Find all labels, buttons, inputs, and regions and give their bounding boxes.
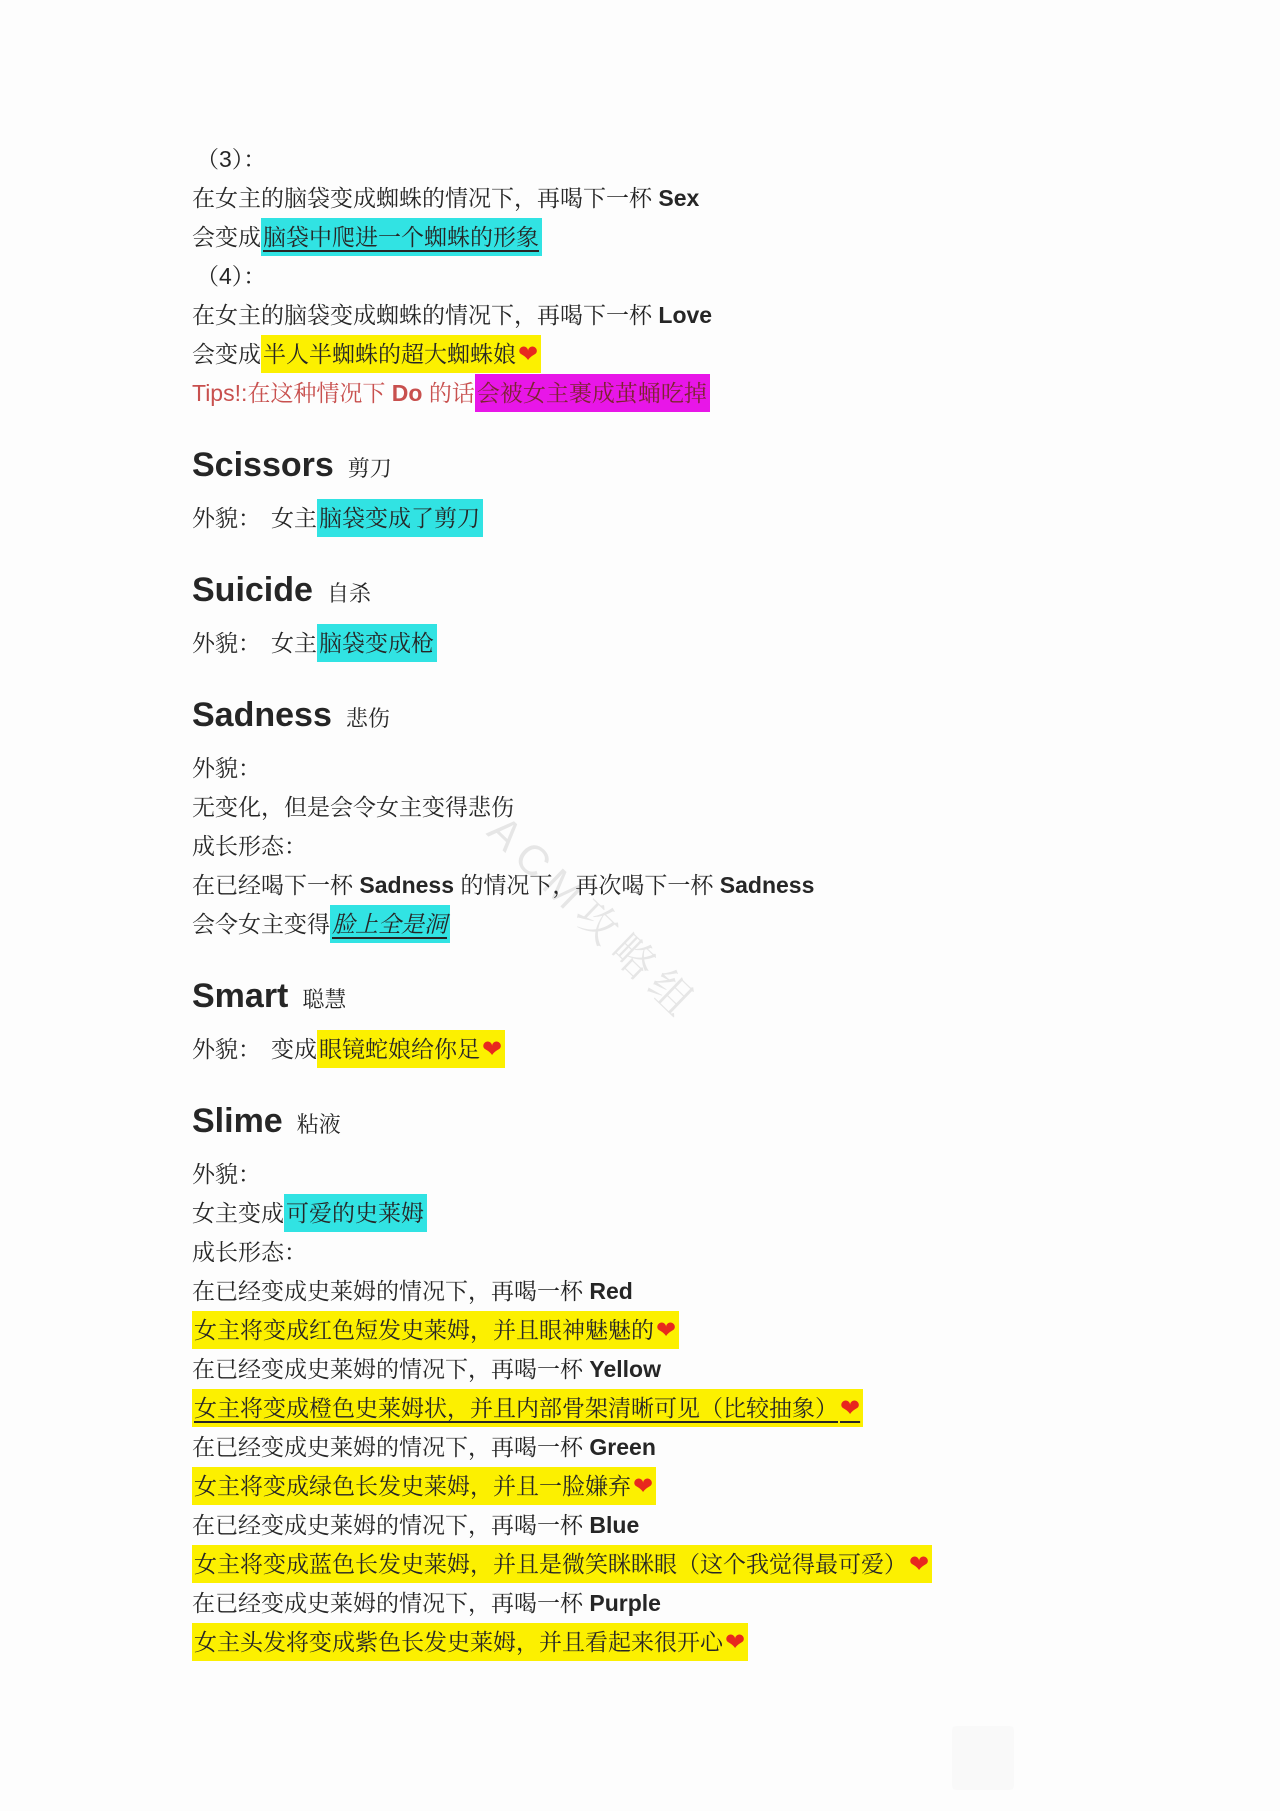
section-title-en: Suicide	[192, 571, 313, 609]
condition-text: 在已经变成史莱姆的情况下，再喝一杯	[192, 1512, 589, 1538]
tips-bold-word: Do	[392, 380, 423, 406]
heart-icon: ❤	[654, 1317, 676, 1344]
section-title-zh: 剪刀	[348, 456, 392, 481]
appearance-prefix: 女主变成	[192, 1200, 284, 1226]
document-content: （3）： 在女主的脑袋变成蜘蛛的情况下，再喝下一杯 Sex 会变成脑袋中爬进一个…	[192, 140, 1152, 1662]
result-text: 女主将变成绿色长发史莱姆，并且一脸嫌弃	[194, 1473, 631, 1499]
slime-growth-label: 成长形态：	[192, 1233, 1152, 1272]
result-prefix: 会变成	[192, 224, 261, 250]
tips-line: Tips!:在这种情况下 Do 的话会被女主裹成茧蛹吃掉	[192, 374, 1152, 413]
appearance-label: 外貌：	[192, 630, 261, 656]
highlight-yellow: 女主将变成橙色史莱姆状，并且内部骨架清晰可见（比较抽象）❤	[192, 1389, 863, 1427]
section-title-zh: 聪慧	[302, 987, 346, 1012]
section-title-zh: 自杀	[327, 581, 371, 606]
spider-item3-result: 会变成脑袋中爬进一个蜘蛛的形象	[192, 218, 1152, 257]
spider-item4-result: 会变成半人半蜘蛛的超大蜘蛛娘❤	[192, 335, 1152, 374]
appearance-text: 眼镜蛇娘给你足	[319, 1036, 480, 1062]
condition-text: 在女主的脑袋变成蜘蛛的情况下，再喝下一杯	[192, 185, 658, 211]
growth-label: 成长形态：	[192, 1239, 307, 1265]
condition-text: 在已经变成史莱姆的情况下，再喝一杯	[192, 1434, 589, 1460]
highlight-cyan: 脑袋变成枪	[317, 624, 437, 662]
section-title-en: Slime	[192, 1102, 283, 1140]
highlight-magenta: 会被女主裹成茧蛹吃掉	[475, 374, 710, 412]
drink-name: Love	[658, 302, 712, 328]
heart-icon: ❤	[631, 1473, 653, 1500]
item-number: （3）：	[196, 146, 266, 172]
drink-name: Sadness	[359, 872, 454, 898]
slime-variant-purple-condition: 在已经变成史莱姆的情况下，再喝一杯 Purple	[192, 1584, 1152, 1623]
appearance-label: 外貌：	[192, 1161, 261, 1187]
drink-name: Yellow	[589, 1356, 661, 1382]
highlight-yellow: 女主将变成红色短发史莱姆，并且眼神魅魅的❤	[192, 1311, 679, 1349]
sadness-appearance-line: 无变化，但是会令女主变得悲伤	[192, 788, 1152, 827]
drink-name: Green	[589, 1434, 655, 1460]
document-page: ACM攻略组 （3）： 在女主的脑袋变成蜘蛛的情况下，再喝下一杯 Sex 会变成…	[0, 0, 1280, 1811]
slime-variant-purple-result: 女主头发将变成紫色长发史莱姆，并且看起来很开心❤	[192, 1623, 1152, 1662]
condition-text: 的情况下，再次喝下一杯	[454, 872, 720, 898]
section-title-slime: Slime粘液	[192, 1103, 1152, 1143]
result-prefix: 会变成	[192, 341, 261, 367]
tips-text: Tips!:在这种情况下	[192, 380, 392, 406]
faint-watermark-bottom	[952, 1726, 1014, 1790]
sadness-growth-condition: 在已经喝下一杯 Sadness 的情况下，再次喝下一杯 Sadness	[192, 866, 1152, 905]
drink-name: Purple	[589, 1590, 661, 1616]
appearance-label: 外貌：	[192, 505, 261, 531]
result-text: 女主将变成红色短发史莱姆，并且眼神魅魅的	[194, 1317, 654, 1343]
heart-icon: ❤	[907, 1551, 929, 1578]
heart-icon: ❤	[838, 1395, 860, 1422]
appearance-label: 外貌：	[192, 1036, 261, 1062]
heart-icon: ❤	[516, 341, 538, 368]
slime-variant-yellow-condition: 在已经变成史莱姆的情况下，再喝一杯 Yellow	[192, 1350, 1152, 1389]
section-title-en: Scissors	[192, 446, 334, 484]
smart-appearance: 外貌：变成眼镜蛇娘给你足❤	[192, 1030, 1152, 1069]
slime-variant-green-condition: 在已经变成史莱姆的情况下，再喝一杯 Green	[192, 1428, 1152, 1467]
highlight-yellow: 半人半蜘蛛的超大蜘蛛娘❤	[261, 335, 541, 373]
condition-text: 在已经喝下一杯	[192, 872, 359, 898]
slime-variant-blue-condition: 在已经变成史莱姆的情况下，再喝一杯 Blue	[192, 1506, 1152, 1545]
sadness-growth-result: 会令女主变得脸上全是洞	[192, 905, 1152, 944]
section-title-scissors: Scissors剪刀	[192, 447, 1152, 487]
appearance-prefix: 变成	[271, 1036, 317, 1062]
section-title-zh: 悲伤	[346, 706, 390, 731]
tips-text: 的话	[422, 380, 474, 406]
sadness-growth-label: 成长形态：	[192, 827, 1152, 866]
result-text: 半人半蜘蛛的超大蜘蛛娘	[263, 341, 516, 367]
section-title-en: Sadness	[192, 696, 332, 734]
drink-name: Sex	[658, 185, 699, 211]
highlight-yellow: 女主将变成绿色长发史莱姆，并且一脸嫌弃❤	[192, 1467, 656, 1505]
condition-text: 在女主的脑袋变成蜘蛛的情况下，再喝下一杯	[192, 302, 658, 328]
spider-item3-condition: 在女主的脑袋变成蜘蛛的情况下，再喝下一杯 Sex	[192, 179, 1152, 218]
appearance-label: 外貌：	[192, 755, 261, 781]
suicide-appearance: 外貌：女主脑袋变成枪	[192, 624, 1152, 663]
section-title-zh: 粘液	[297, 1112, 341, 1137]
slime-appearance-label: 外貌：	[192, 1155, 1152, 1194]
appearance-text: 无变化，但是会令女主变得悲伤	[192, 794, 514, 820]
appearance-prefix: 女主	[271, 630, 317, 656]
condition-text: 在已经变成史莱姆的情况下，再喝一杯	[192, 1590, 589, 1616]
section-title-smart: Smart聪慧	[192, 978, 1152, 1018]
heart-icon: ❤	[480, 1036, 502, 1063]
growth-label: 成长形态：	[192, 833, 307, 859]
highlight-cyan: 脑袋变成了剪刀	[317, 499, 483, 537]
sadness-appearance-label: 外貌：	[192, 749, 1152, 788]
slime-variant-red-condition: 在已经变成史莱姆的情况下，再喝一杯 Red	[192, 1272, 1152, 1311]
spider-item3-label: （3）：	[192, 140, 1152, 179]
section-title-suicide: Suicide自杀	[192, 572, 1152, 612]
heart-icon: ❤	[723, 1629, 745, 1656]
result-text: 女主将变成蓝色长发史莱姆，并且是微笑眯眯眼（这个我觉得最可爱）	[194, 1551, 907, 1577]
spider-item4-label: （4）：	[192, 257, 1152, 296]
item-number: （4）：	[196, 263, 266, 289]
highlight-cyan: 脑袋中爬进一个蜘蛛的形象	[261, 218, 542, 256]
condition-text: 在已经变成史莱姆的情况下，再喝一杯	[192, 1356, 589, 1382]
drink-name: Blue	[589, 1512, 639, 1538]
drink-name: Red	[589, 1278, 632, 1304]
slime-variant-blue-result: 女主将变成蓝色长发史莱姆，并且是微笑眯眯眼（这个我觉得最可爱）❤	[192, 1545, 1152, 1584]
drink-name: Sadness	[720, 872, 815, 898]
highlight-yellow: 眼镜蛇娘给你足❤	[317, 1030, 505, 1068]
highlight-cyan: 可爱的史莱姆	[284, 1194, 427, 1232]
slime-variant-green-result: 女主将变成绿色长发史莱姆，并且一脸嫌弃❤	[192, 1467, 1152, 1506]
appearance-prefix: 女主	[271, 505, 317, 531]
highlight-yellow: 女主头发将变成紫色长发史莱姆，并且看起来很开心❤	[192, 1623, 748, 1661]
condition-text: 在已经变成史莱姆的情况下，再喝一杯	[192, 1278, 589, 1304]
slime-variant-red-result: 女主将变成红色短发史莱姆，并且眼神魅魅的❤	[192, 1311, 1152, 1350]
result-prefix: 会令女主变得	[192, 911, 330, 937]
spider-item4-condition: 在女主的脑袋变成蜘蛛的情况下，再喝下一杯 Love	[192, 296, 1152, 335]
section-title-sadness: Sadness悲伤	[192, 697, 1152, 737]
slime-variant-yellow-result: 女主将变成橙色史莱姆状，并且内部骨架清晰可见（比较抽象）❤	[192, 1389, 1152, 1428]
highlight-yellow: 女主将变成蓝色长发史莱姆，并且是微笑眯眯眼（这个我觉得最可爱）❤	[192, 1545, 932, 1583]
highlight-cyan: 脸上全是洞	[330, 905, 450, 943]
result-text: 女主头发将变成紫色长发史莱姆，并且看起来很开心	[194, 1629, 723, 1655]
scissors-appearance: 外貌：女主脑袋变成了剪刀	[192, 499, 1152, 538]
result-text: 女主将变成橙色史莱姆状，并且内部骨架清晰可见（比较抽象）	[194, 1395, 838, 1421]
section-title-en: Smart	[192, 977, 288, 1015]
slime-appearance-line: 女主变成可爱的史莱姆	[192, 1194, 1152, 1233]
